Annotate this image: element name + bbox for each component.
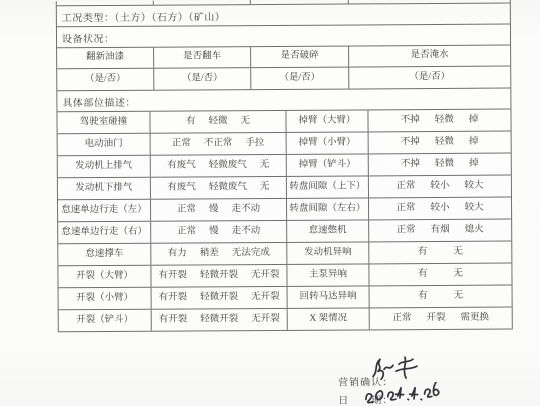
inspection-options-right: 不掉轻微掉 <box>368 154 511 176</box>
option-choice: 无开裂 <box>251 271 280 281</box>
option-choice: 轻微开裂 <box>200 271 238 281</box>
option-choice: 不正常 <box>204 139 233 149</box>
status-option-cell: （是/否） <box>57 69 153 91</box>
work-condition-row: 工况类型：（土方）（石方）（矿山） <box>57 4 510 28</box>
inspection-item-label-right: 发动机异响 <box>286 242 368 264</box>
item-text: 掉臂（小臂） <box>299 138 356 148</box>
option-choice: 掉 <box>469 115 479 125</box>
option-choice: 较小 <box>431 204 450 214</box>
status-option-cell: （是/否） <box>153 68 250 90</box>
status-header-cell: 翻新油漆 <box>57 48 153 69</box>
option-choice: 不掉 <box>401 160 420 170</box>
inspection-item-label-right: 转盘间隙（左右） <box>286 198 368 220</box>
item-text: 开裂（小臂） <box>76 294 133 304</box>
option-choice: 正常 <box>397 226 416 236</box>
option-choice: 正常 <box>396 182 415 192</box>
inspection-item-label-right: 掉臂（小臂） <box>286 132 368 154</box>
option-choice: 有废气 <box>167 161 196 171</box>
inspection-item-label-right: 掉臂（铲斗） <box>286 154 368 176</box>
inspection-item-label-left: 开裂（小臂） <box>59 288 151 310</box>
option-choice: 慢 <box>209 205 219 215</box>
item-text: X 架情况 <box>309 314 347 324</box>
inspection-options-right: 不掉轻微掉 <box>367 110 510 132</box>
status-option-cell: （是/否） <box>348 67 510 89</box>
item-text: 怠速撑车 <box>85 250 123 260</box>
inspection-item-label-right: X 架情况 <box>287 308 369 330</box>
option-choice: 轻微开裂 <box>200 315 238 325</box>
option-choice: 较大 <box>465 203 484 213</box>
inspection-item-label-left: 电动油门 <box>58 134 150 156</box>
option-choice: 轻微 <box>435 116 454 126</box>
paper-sheet: 工况类型：（土方）（石方）（矿山） 设备状况： 翻新油漆 是否翻车 是否破碎 是… <box>0 0 540 406</box>
inspection-row: 驾驶室碰撞有轻微无掉臂（大臂）不掉轻微掉 <box>57 110 510 135</box>
inspection-options-left: 有开裂轻微开裂无开裂 <box>151 287 287 309</box>
inspection-options-left: 有废气轻微废气无 <box>150 155 286 177</box>
inspection-item-label-left: 发动机下排气 <box>58 178 150 200</box>
option-choice: 无开裂 <box>251 293 280 303</box>
item-text: 掉臂（大臂） <box>298 116 355 126</box>
option-choice: 稍差 <box>200 249 219 259</box>
work-condition-label: 工况类型：（土方）（石方）（矿山） <box>62 8 226 24</box>
option-choice: 走不动 <box>232 205 261 215</box>
inspection-options-right: 正常较小较大 <box>368 198 511 220</box>
option-choice: 轻微 <box>435 138 454 148</box>
inspection-item-label-right: 怠速憋机 <box>286 220 368 242</box>
option-choice: 不掉 <box>401 116 420 126</box>
option-choice: 正常 <box>392 314 411 324</box>
inspection-item-label-left: 开裂（铲斗） <box>59 310 151 332</box>
inspection-item-label-left: 开裂（大臂） <box>58 266 150 288</box>
inspection-options-left: 有开裂轻微开裂无开裂 <box>151 309 287 331</box>
inspection-item-label-right: 回转马达异响 <box>287 286 369 308</box>
item-text: 怠速单边行走（右） <box>61 228 147 238</box>
option-choice: 走不动 <box>232 227 261 237</box>
option-choice: 轻微废气 <box>209 161 247 171</box>
option-choice: 开裂 <box>426 314 445 324</box>
option-choice: 无 <box>453 248 463 258</box>
option-choice: 正常 <box>177 227 196 237</box>
inspection-row: 发动机下排气有废气轻微废气无转盘间隙（上下）正常较小较大 <box>58 176 511 201</box>
item-text: 怠速单边行走（左） <box>61 206 147 216</box>
item-text: 电动油门 <box>85 140 123 150</box>
option-choice: 无 <box>454 292 464 302</box>
inspection-item-label-left: 驾驶室碰撞 <box>57 112 149 134</box>
item-text: 怠速憋机 <box>309 226 347 236</box>
inspection-options-left: 有开裂轻微开裂无开裂 <box>150 265 286 287</box>
option-choice: 有开裂 <box>159 315 188 325</box>
option-choice: 无法完成 <box>232 249 270 259</box>
option-choice: 有开裂 <box>158 271 187 281</box>
inspection-options-left: 正常慢走不动 <box>150 221 286 243</box>
inspection-item-label-left: 发动机上排气 <box>58 156 150 178</box>
detail-description-label: 具体部位描述： <box>62 93 136 108</box>
inspection-options-right: 有无 <box>368 242 511 264</box>
option-choice: 掉 <box>469 159 479 169</box>
status-option-cell: （是/否） <box>250 68 348 90</box>
option-choice: 不掉 <box>401 138 420 148</box>
item-text: 驾驶室碰撞 <box>80 118 128 128</box>
option-choice: 手拉 <box>245 139 264 149</box>
detail-description-row: 具体部位描述： <box>57 89 510 113</box>
option-choice: 轻微开裂 <box>200 293 238 303</box>
option-choice: 有烟 <box>431 226 450 236</box>
item-text: 主泵异响 <box>309 270 347 280</box>
option-choice: 轻微废气 <box>209 183 247 193</box>
option-choice: 无 <box>260 183 270 193</box>
stub-cell <box>250 0 348 4</box>
inspection-options-left: 正常慢走不动 <box>150 199 286 221</box>
option-choice: 正常 <box>396 204 415 214</box>
option-choice: 无 <box>260 161 270 171</box>
inspection-options-left: 有废气轻微废气无 <box>150 177 286 199</box>
handwritten-date: 2024.4.26 <box>363 382 447 406</box>
option-choice: 有废气 <box>167 183 196 193</box>
status-option-row: （是/否） （是/否） （是/否） （是/否） <box>57 67 510 92</box>
stub-cell <box>57 1 153 6</box>
status-header-row: 翻新油漆 是否翻车 是否破碎 是否淹水 <box>57 46 510 70</box>
inspection-row: 开裂（铲斗）有开裂轻微开裂无开裂X 架情况正常开裂需更换 <box>59 308 512 333</box>
status-header-cell: 是否破碎 <box>250 47 348 68</box>
option-choice: 无 <box>453 270 463 280</box>
inspection-body-rows: 驾驶室碰撞有轻微无掉臂（大臂）不掉轻微掉电动油门正常不正常手拉掉臂（小臂）不掉轻… <box>57 110 511 333</box>
inspection-row: 开裂（大臂）有开裂轻微开裂无开裂主泵异响有无 <box>58 264 511 289</box>
stub-cell <box>153 0 250 5</box>
inspection-options-right: 正常较小较大 <box>368 176 511 198</box>
inspection-table: 工况类型：（土方）（石方）（矿山） 设备状况： 翻新油漆 是否翻车 是否破碎 是… <box>56 0 513 332</box>
option-choice: 有 <box>418 292 428 302</box>
item-text: 回转马达异响 <box>300 292 357 302</box>
option-choice: 熄火 <box>465 225 484 235</box>
inspection-options-right: 有无 <box>369 286 512 308</box>
scanned-inspection-form: 工况类型：（土方）（石方）（矿山） 设备状况： 翻新油漆 是否翻车 是否破碎 是… <box>0 0 540 406</box>
option-choice: 正常 <box>177 205 196 215</box>
item-text: 开裂（铲斗） <box>76 316 133 326</box>
item-text: 开裂（大臂） <box>76 272 133 282</box>
inspection-options-left: 有轻微无 <box>149 111 285 133</box>
option-choice: 有 <box>186 117 196 127</box>
option-choice: 有力 <box>168 249 187 259</box>
item-text: 转盘间隙（左右） <box>290 204 366 214</box>
inspection-row: 电动油门正常不正常手拉掉臂（小臂）不掉轻微掉 <box>58 132 511 157</box>
status-header-cell: 是否淹水 <box>348 46 510 67</box>
option-choice: 轻微 <box>435 160 454 170</box>
equipment-status-row: 设备状况： <box>57 25 510 49</box>
inspection-options-right: 不掉轻微掉 <box>368 132 511 154</box>
option-choice: 无 <box>240 117 250 127</box>
inspection-row: 怠速撑车有力稍差无法完成发动机异响有无 <box>58 242 511 267</box>
inspection-options-right: 有无 <box>368 264 511 286</box>
inspection-options-left: 有力稍差无法完成 <box>150 243 286 265</box>
option-choice: 有 <box>418 248 428 258</box>
item-text: 掉臂（铲斗） <box>299 160 356 170</box>
option-choice: 较小 <box>430 182 449 192</box>
inspection-options-right: 正常有烟熄火 <box>368 220 511 242</box>
option-choice: 需更换 <box>460 313 489 323</box>
item-text: 发动机上排气 <box>75 162 132 172</box>
inspection-options-left: 正常不正常手拉 <box>150 133 286 155</box>
option-choice: 慢 <box>209 227 219 237</box>
inspection-row: 怠速单边行走（左）正常慢走不动转盘间隙（左右）正常较小较大 <box>58 198 511 223</box>
inspection-item-label-right: 转盘间隙（上下） <box>286 176 368 198</box>
inspection-item-label-right: 主泵异响 <box>286 264 368 286</box>
inspection-item-label-left: 怠速单边行走（左） <box>58 200 150 222</box>
item-text: 转盘间隙（上下） <box>289 182 365 192</box>
inspection-item-label-left: 怠速撑车 <box>58 244 150 266</box>
option-choice: 轻微 <box>208 117 227 127</box>
item-text: 发动机下排气 <box>75 184 132 194</box>
option-choice: 无开裂 <box>251 315 280 325</box>
inspection-row: 发动机上排气有废气轻微废气无掉臂（铲斗）不掉轻微掉 <box>58 154 511 179</box>
inspection-row: 怠速单边行走（右）正常慢走不动怠速憋机正常有烟熄火 <box>58 220 511 245</box>
status-header-cell: 是否翻车 <box>153 47 250 68</box>
inspection-options-right: 正常开裂需更换 <box>369 308 512 330</box>
option-choice: 掉 <box>469 137 479 147</box>
option-choice: 正常 <box>172 139 191 149</box>
option-choice: 较大 <box>464 181 483 191</box>
option-choice: 有 <box>418 270 428 280</box>
equipment-status-label: 设备状况： <box>62 29 115 44</box>
item-text: 发动机异响 <box>304 248 352 258</box>
inspection-item-label-left: 怠速单边行走（右） <box>58 222 150 244</box>
inspection-item-label-right: 掉臂（大臂） <box>285 110 367 132</box>
inspection-row: 开裂（小臂）有开裂轻微开裂无开裂回转马达异响有无 <box>59 286 512 311</box>
option-choice: 有开裂 <box>159 293 188 303</box>
handwritten-signature: 张华 <box>369 354 421 384</box>
